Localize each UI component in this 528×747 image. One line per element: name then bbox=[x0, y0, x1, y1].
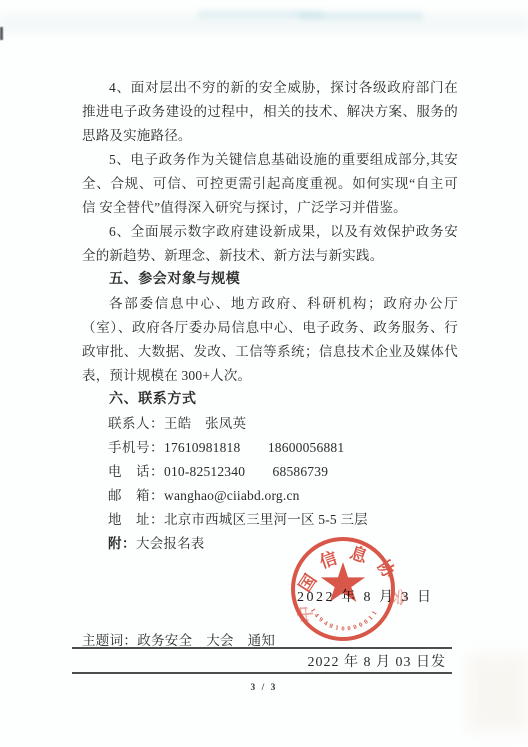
subject-value: 政务安全 大会 通知 bbox=[137, 633, 275, 648]
paragraph-5: 5、电子政务作为关键信息基础设施的重要组成部分,其安全、合规、可信、可控更需引起… bbox=[82, 148, 458, 220]
paragraph-4: 4、面对层出不穷的新的安全威胁，探讨各级政府部门在推进电子政务建设的过程中，相关… bbox=[82, 76, 458, 148]
official-seal: 中国信息协会 1100000184941 bbox=[291, 537, 395, 641]
scan-smudge bbox=[198, 11, 323, 18]
contact-value: 010-82512340 68586739 bbox=[164, 464, 328, 479]
scan-edge-noise bbox=[0, 15, 528, 32]
paragraph-6: 6、全面展示数字政府建设新成果，以及有效保护政务安全的新趋势、新理念、新技术、新… bbox=[82, 220, 458, 268]
contact-label: 联系人： bbox=[108, 416, 164, 431]
attendees-body: 各部委信息中心、地方政府、科研机构；政府办公厅（室）、政府各厅委办局信息中心、电… bbox=[82, 292, 458, 388]
subject-label: 主题词： bbox=[82, 633, 137, 648]
scan-smudge bbox=[298, 13, 423, 19]
contact-label: 地 址： bbox=[108, 512, 164, 527]
contact-row-address: 地 址：北京市西城区三里河一区 5-5 三层 bbox=[82, 508, 458, 532]
contact-value: 北京市西城区三里河一区 5-5 三层 bbox=[164, 512, 368, 527]
contact-label: 邮 箱： bbox=[108, 488, 164, 503]
contact-label: 手机号： bbox=[108, 440, 164, 455]
section-heading-contact: 六、联系方式 bbox=[82, 388, 458, 412]
contact-row-email: 邮 箱：wanghao@ciiabd.org.cn bbox=[82, 484, 458, 508]
issue-date: 2022 年 8 月 03 日发 bbox=[72, 651, 446, 671]
document-body: 4、面对层出不穷的新的安全威胁，探讨各级政府部门在推进电子政务建设的过程中，相关… bbox=[82, 76, 458, 556]
document-page: 4、面对层出不穷的新的安全威胁，探讨各级政府部门在推进电子政务建设的过程中，相关… bbox=[0, 0, 528, 747]
contact-label: 电 话： bbox=[108, 464, 164, 479]
divider-line bbox=[72, 672, 452, 674]
contact-row-person: 联系人：王皓 张凤英 bbox=[82, 412, 458, 436]
attachment-value: 大会报名表 bbox=[136, 536, 205, 551]
divider-line bbox=[72, 647, 452, 649]
subject-keywords-line: 主题词：政务安全 大会 通知 bbox=[82, 629, 275, 649]
contact-value: wanghao@ciiabd.org.cn bbox=[164, 488, 300, 503]
contact-row-mobile: 手机号：17610981818 18600056881 bbox=[82, 436, 458, 460]
page-number: 3 / 3 bbox=[0, 683, 528, 693]
contact-row-phone: 电 话：010-82512340 68586739 bbox=[82, 460, 458, 484]
contact-value: 17610981818 18600056881 bbox=[164, 440, 344, 455]
section-heading-attendees: 五、参会对象与规模 bbox=[82, 268, 458, 292]
attachment-row: 附：大会报名表 bbox=[82, 532, 458, 556]
scan-edge-mark bbox=[0, 27, 3, 40]
contact-value: 王皓 张凤英 bbox=[164, 416, 246, 431]
attachment-label: 附： bbox=[108, 536, 136, 551]
